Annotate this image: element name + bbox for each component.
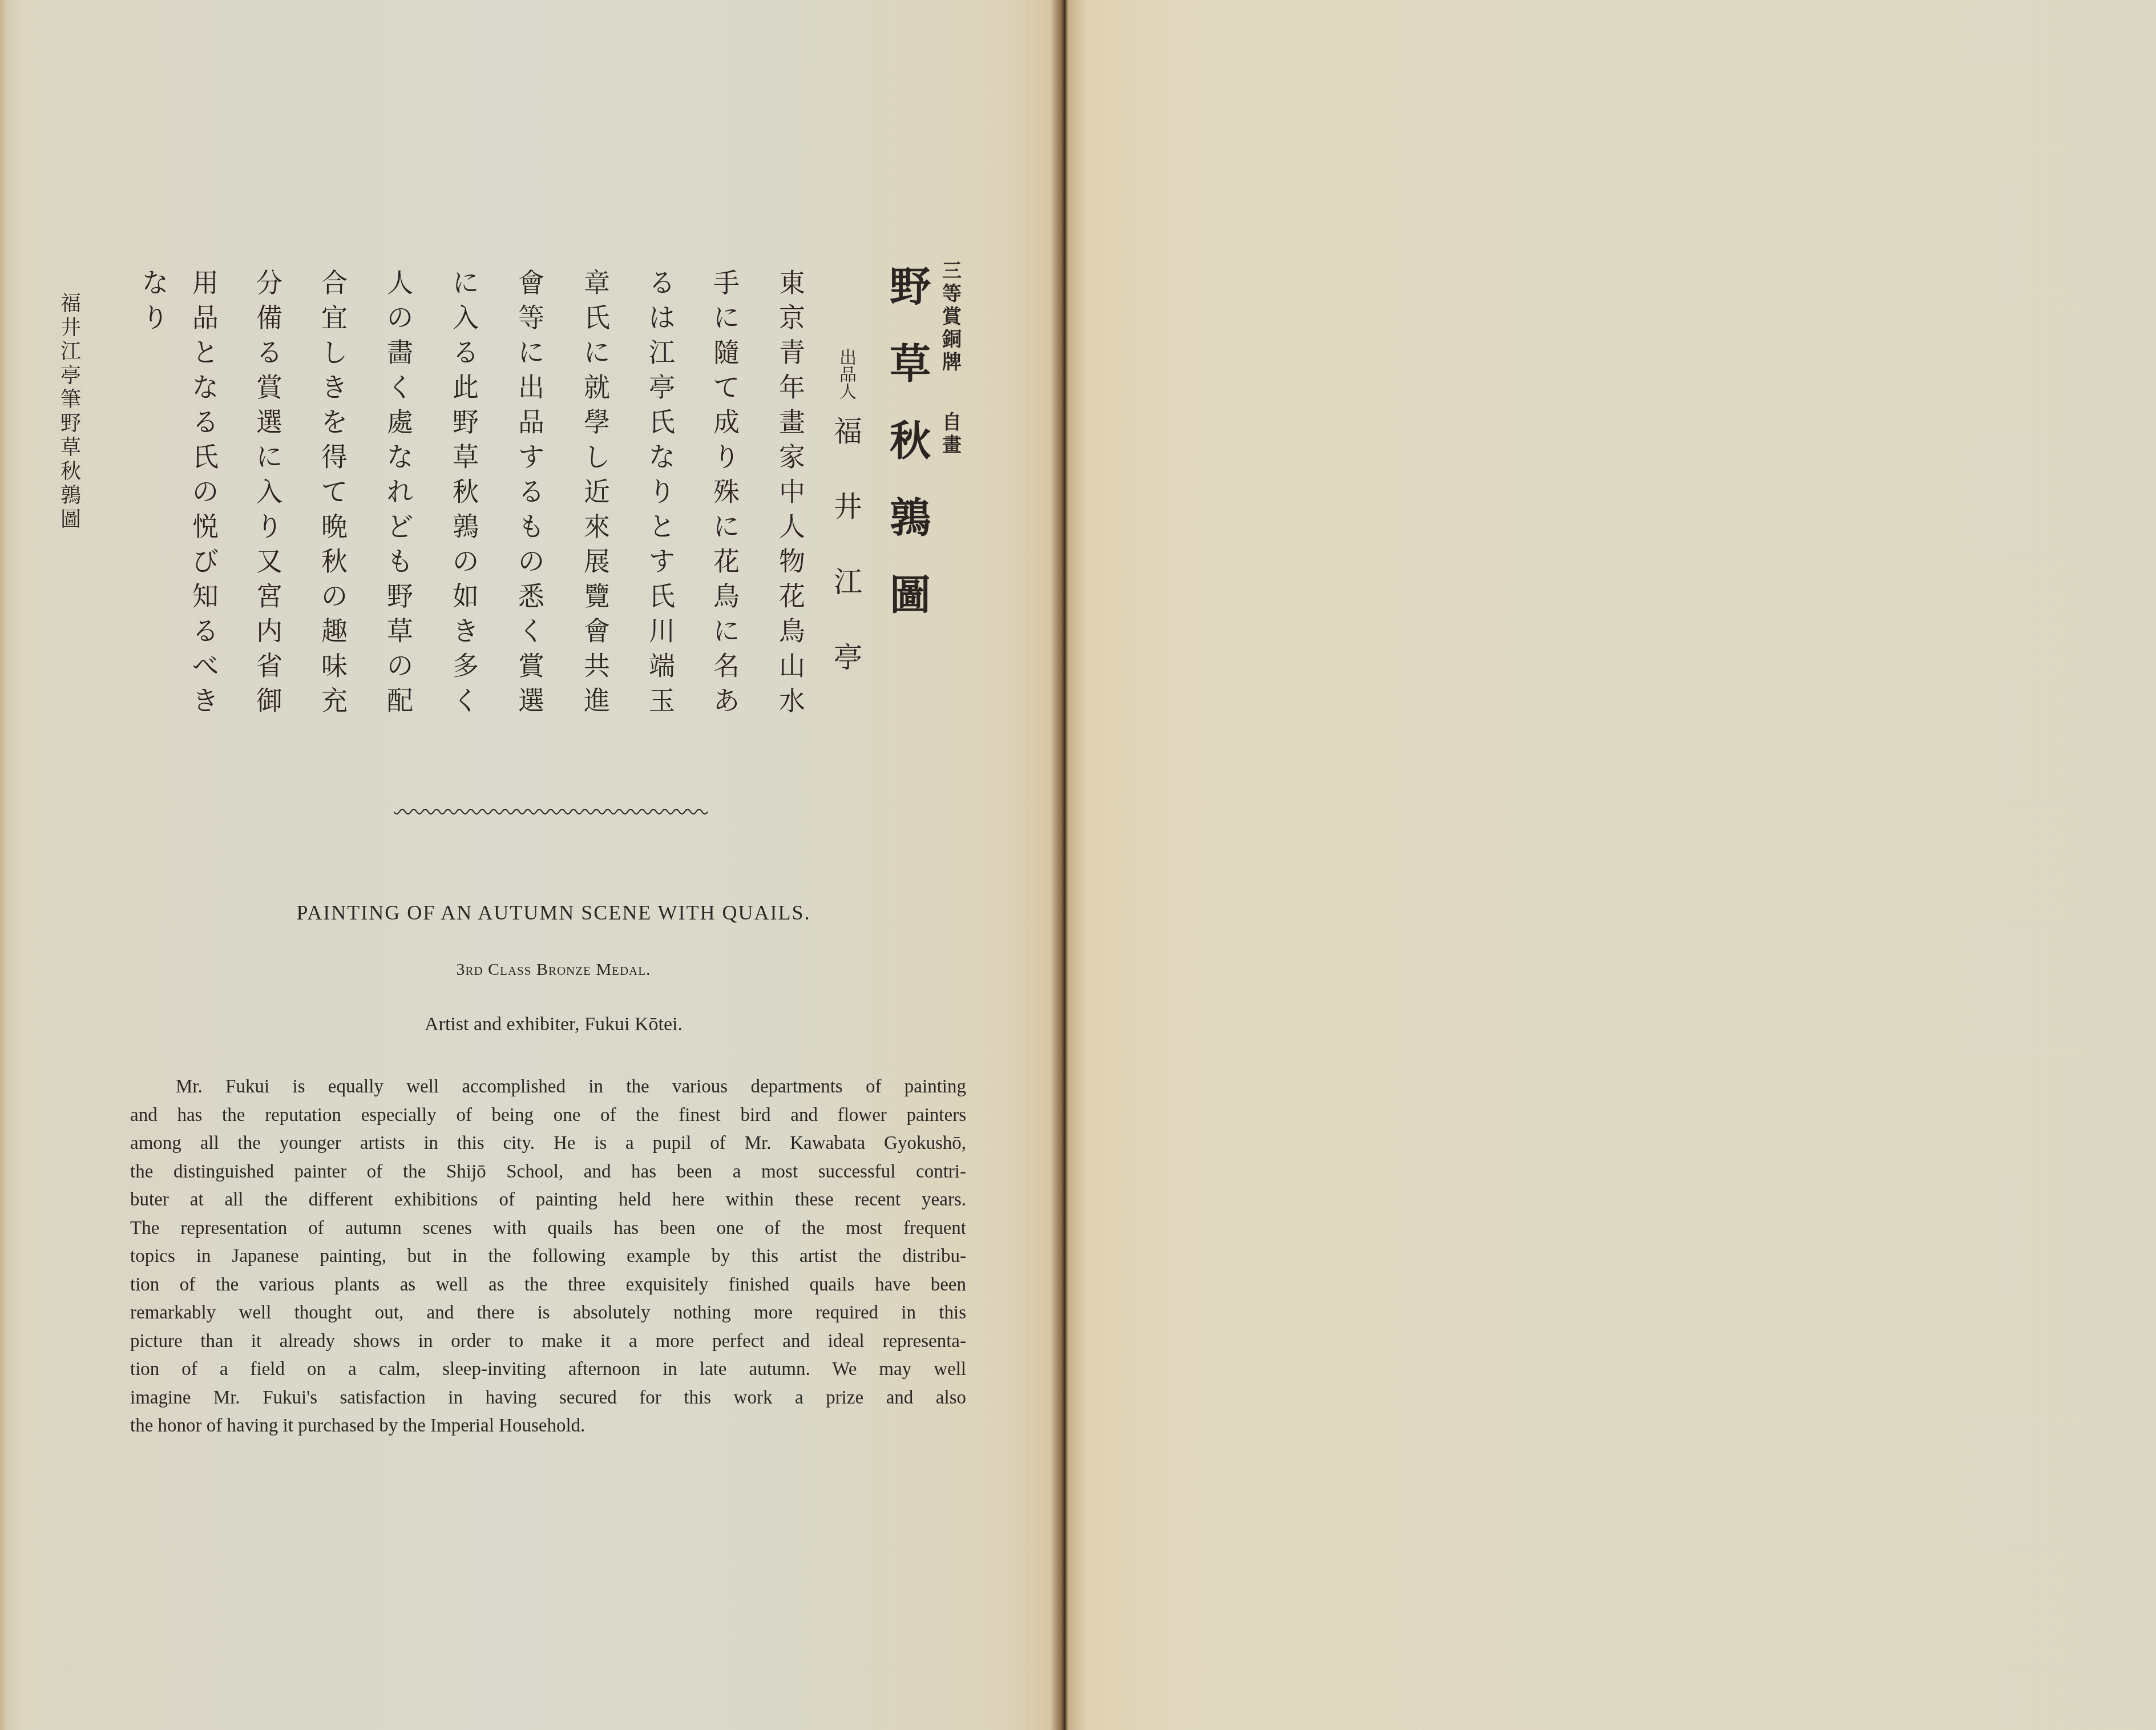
jp-glyph: 圖 [60,508,81,532]
jp-glyph: 得 [321,439,348,474]
jp-glyph: し [584,439,610,474]
jp-glyph: 秋 [453,474,479,509]
jp-glyph: 知 [192,579,219,614]
jp-glyph: る [256,335,282,370]
jp-glyph: き [453,614,479,648]
jp-glyph: 品 [518,405,544,439]
jp-glyph: 京 [779,300,805,335]
jp-glyph: に [713,509,740,544]
english-artist-line: Artist and exhibiter, Fukui Kōtei. [263,1014,845,1035]
jp-glyph: く [387,370,413,405]
jp-glyph: の [192,474,219,509]
jp-glyph: の [321,579,348,614]
jp-glyph: る [518,474,544,509]
jp-body-column: るは江亭氏なりとす氏川端玉 [647,265,677,718]
jp-glyph: 學 [584,405,610,439]
jp-glyph: 江 [60,340,81,364]
jp-glyph: 會 [518,265,544,300]
jp-glyph: 進 [584,683,610,718]
jp-glyph: ど [387,509,413,544]
jp-body-column: 用品となる氏の悦び知るべき [191,265,220,718]
jp-glyph: 端 [649,648,675,683]
jp-glyph: 物 [779,544,805,579]
jp-glyph: 井 [834,469,862,545]
jp-glyph: る [192,614,219,648]
jp-glyph: 品 [839,366,857,384]
jp-glyph: 御 [256,683,282,718]
jp-glyph: 近 [584,474,610,509]
jp-glyph: 畫 [942,434,962,457]
jp-glyph: べ [192,648,219,683]
jp-glyph: 入 [453,300,479,335]
jp-glyph: 殊 [713,474,740,509]
jp-glyph: 花 [713,544,740,579]
jp-glyph: 草 [387,614,413,648]
jp-glyph: 成 [713,405,740,439]
jp-glyph: 秋 [321,544,348,579]
jp-glyph: き [321,370,348,405]
jp-glyph: 賞 [256,370,282,405]
jp-glyph: に [713,300,740,335]
paragraph-line: The representation of autumn scenes with… [130,1215,966,1243]
jp-glyph: 中 [779,474,805,509]
wavy-rule-ornament [394,806,713,820]
paragraph-line: the distinguished painter of the Shijō S… [130,1158,966,1187]
jp-glyph: 鳥 [779,614,805,648]
jp-glyph: 合 [321,265,348,300]
jp-glyph: れ [387,474,413,509]
jp-glyph: も [518,509,544,544]
jp-glyph: 福 [834,394,862,469]
jp-glyph: に [256,439,282,474]
jp-glyph: 三 [942,260,962,283]
jp-glyph: 内 [256,614,282,648]
jp-body-column: に入る此野草秋鶉の如き多く [451,265,481,718]
jp-glyph: 章 [584,265,610,300]
jp-glyph: の [387,648,413,683]
jp-glyph: る [649,265,675,300]
jp-glyph: す [518,439,544,474]
jp-glyph: 多 [453,648,479,683]
jp-glyph: の [518,544,544,579]
jp-glyph: 出 [839,349,857,366]
jp-glyph: 銅 [942,328,962,351]
jp-glyph: 草 [890,325,931,402]
jp-glyph: 悉 [518,579,544,614]
jp-glyph: り [256,509,282,544]
jp-body-column: 手に隨て成り殊に花鳥に名あ [712,265,741,718]
jp-glyph: 配 [387,683,413,718]
jp-glyph: 處 [387,405,413,439]
jp-glyph: な [142,265,168,300]
jp-glyph: 味 [321,648,348,683]
jp-glyph: 牌 [942,351,962,374]
jp-glyph: 鳥 [713,579,740,614]
jp-glyph: に [584,335,610,370]
jp-glyph: 分 [256,265,282,300]
jp-glyph: 野 [453,405,479,439]
jp-glyph: 亭 [649,370,675,405]
jp-glyph: び [192,544,219,579]
jp-glyph: あ [713,683,740,718]
english-paragraph: Mr. Fukui is equally well accomplished i… [130,1073,966,1441]
jp-glyph: 隨 [713,335,740,370]
jp-glyph: 野 [387,579,413,614]
jp-glyph: り [713,439,740,474]
right-page-blank [1065,0,2156,1730]
jp-medal-label: 三等賞銅牌 [940,260,963,374]
jp-glyph: す [649,544,675,579]
jp-glyph: 東 [779,265,805,300]
jp-glyph: 江 [834,545,862,620]
paragraph-line: tion of the various plants as well as th… [130,1271,966,1300]
jp-glyph: 晩 [321,509,348,544]
jp-glyph: 鶉 [453,509,479,544]
jp-glyph: 氏 [192,439,219,474]
paragraph-line: and has the reputation especially of bei… [130,1102,966,1130]
jp-glyph: も [387,544,413,579]
jp-glyph: 人 [387,265,413,300]
jp-glyph: 亭 [60,364,81,388]
jp-glyph: 鶉 [890,479,931,556]
jp-glyph: 悦 [192,509,219,544]
jp-glyph: 覽 [584,579,610,614]
jp-glyph: と [649,509,675,544]
jp-glyph: 如 [453,579,479,614]
jp-self-painted-label: 自畫 [940,411,963,457]
jp-glyph: 備 [256,300,282,335]
jp-glyph: 賞 [518,648,544,683]
jp-glyph: 氏 [649,405,675,439]
jp-glyph: 山 [779,648,805,683]
jp-glyph: る [192,405,219,439]
jp-glyph: 等 [518,300,544,335]
jp-glyph: 自 [942,411,962,434]
jp-glyph: 充 [321,683,348,718]
jp-title: 野草秋鶉圖 [887,248,933,634]
jp-glyph: 就 [584,370,610,405]
jp-glyph: 草 [453,439,479,474]
jp-exhibitor-name: 福井江亭 [832,394,864,695]
paragraph-line: picture than it already shows in order t… [130,1328,966,1356]
paragraph-line: Mr. Fukui is equally well accomplished i… [130,1073,966,1102]
english-medal-line: 3rd Class Bronze Medal. [263,960,845,979]
jp-glyph: る [453,335,479,370]
jp-glyph: 會 [584,614,610,648]
jp-glyph: 名 [713,648,740,683]
jp-glyph: 青 [779,335,805,370]
jp-glyph: 畫 [779,405,805,439]
jp-side-caption: 福井江亭筆野草秋鶉圖 [59,292,82,532]
jp-glyph: 宜 [321,300,348,335]
jp-exhibitor-label: 出品人 [839,349,857,401]
english-title: PAINTING OF AN AUTUMN SCENE WITH QUAILS. [263,901,845,925]
jp-glyph: り [649,474,675,509]
paragraph-line: among all the younger artists in this ci… [130,1130,966,1158]
jp-glyph: 氏 [649,579,675,614]
jp-glyph: 家 [779,439,805,474]
jp-glyph: 出 [518,370,544,405]
jp-glyph: 賞 [942,305,962,328]
jp-glyph: の [387,300,413,335]
jp-glyph: 品 [192,300,219,335]
jp-glyph: と [192,335,219,370]
jp-glyph: 用 [192,265,219,300]
jp-glyph: 來 [584,509,610,544]
jp-body-column: なり [143,265,168,335]
jp-glyph: 共 [584,648,610,683]
jp-glyph: は [649,300,675,335]
paragraph-line: buter at all the different exhibitions o… [130,1186,966,1215]
jp-glyph: な [192,370,219,405]
left-page: 三等賞銅牌 自畫 野草秋鶉圖 出品人 福井江亭 東京青年畫家中人物花鳥山水 手に… [0,0,1065,1730]
jp-glyph: 野 [890,248,931,325]
jp-glyph: 人 [779,509,805,544]
jp-glyph: 手 [713,265,740,300]
jp-glyph: 亭 [834,620,862,695]
jp-glyph: 玉 [649,683,675,718]
paragraph-line: remarkably well thought out, and there i… [130,1299,966,1328]
jp-glyph: 筆 [60,388,81,412]
jp-glyph: 畵 [387,335,413,370]
jp-glyph: 展 [584,544,610,579]
jp-glyph: 鶉 [60,484,81,508]
jp-body-column: 分備る賞選に入り又宮内省御 [255,265,284,718]
jp-body-column: 人の畵く處なれども野草の配 [385,265,415,718]
jp-glyph: を [321,405,348,439]
jp-glyph: に [713,614,740,648]
jp-glyph: に [453,265,479,300]
jp-body-column: 會等に出品するもの悉く賞選 [516,265,546,718]
jp-glyph: し [321,335,348,370]
jp-glyph: 井 [60,316,81,340]
jp-glyph: 川 [649,614,675,648]
jp-glyph: 等 [942,283,962,305]
jp-glyph: 水 [779,683,805,718]
jp-glyph: な [387,439,413,474]
jp-glyph: 氏 [584,300,610,335]
jp-glyph: き [192,683,219,718]
jp-glyph: 入 [256,474,282,509]
jp-glyph: り [142,300,168,335]
jp-glyph: 此 [453,370,479,405]
jp-glyph: 年 [779,370,805,405]
jp-glyph: て [713,370,740,405]
jp-body-column: 合宜しきを得て晩秋の趣味充 [320,265,349,718]
jp-body-column: 章氏に就學し近來展覽會共進 [582,265,612,718]
jp-glyph: 福 [60,292,81,316]
jp-glyph: 野 [60,412,81,436]
jp-glyph: に [518,335,544,370]
jp-glyph: く [518,614,544,648]
paragraph-line: imagine Mr. Fukui's satisfaction in havi… [130,1384,966,1413]
jp-body-column: 東京青年畫家中人物花鳥山水 [777,265,807,718]
jp-glyph: 花 [779,579,805,614]
jp-glyph: な [649,439,675,474]
jp-glyph: て [321,474,348,509]
jp-glyph: 圖 [890,556,931,634]
paragraph-line: topics in Japanese painting, but in the … [130,1243,966,1271]
paragraph-line: tion of a field on a calm, sleep-invitin… [130,1356,966,1384]
jp-glyph: 秋 [60,460,81,484]
jp-glyph: 宮 [256,579,282,614]
jp-glyph: 草 [60,436,81,460]
jp-glyph: 又 [256,544,282,579]
jp-glyph: 江 [649,335,675,370]
paragraph-line: the honor of having it purchased by the … [130,1412,966,1441]
jp-glyph: の [453,544,479,579]
jp-glyph: 省 [256,648,282,683]
jp-glyph: 選 [256,405,282,439]
jp-glyph: 秋 [890,402,931,479]
jp-glyph: く [453,683,479,718]
jp-glyph: 選 [518,683,544,718]
jp-glyph: 趣 [321,614,348,648]
